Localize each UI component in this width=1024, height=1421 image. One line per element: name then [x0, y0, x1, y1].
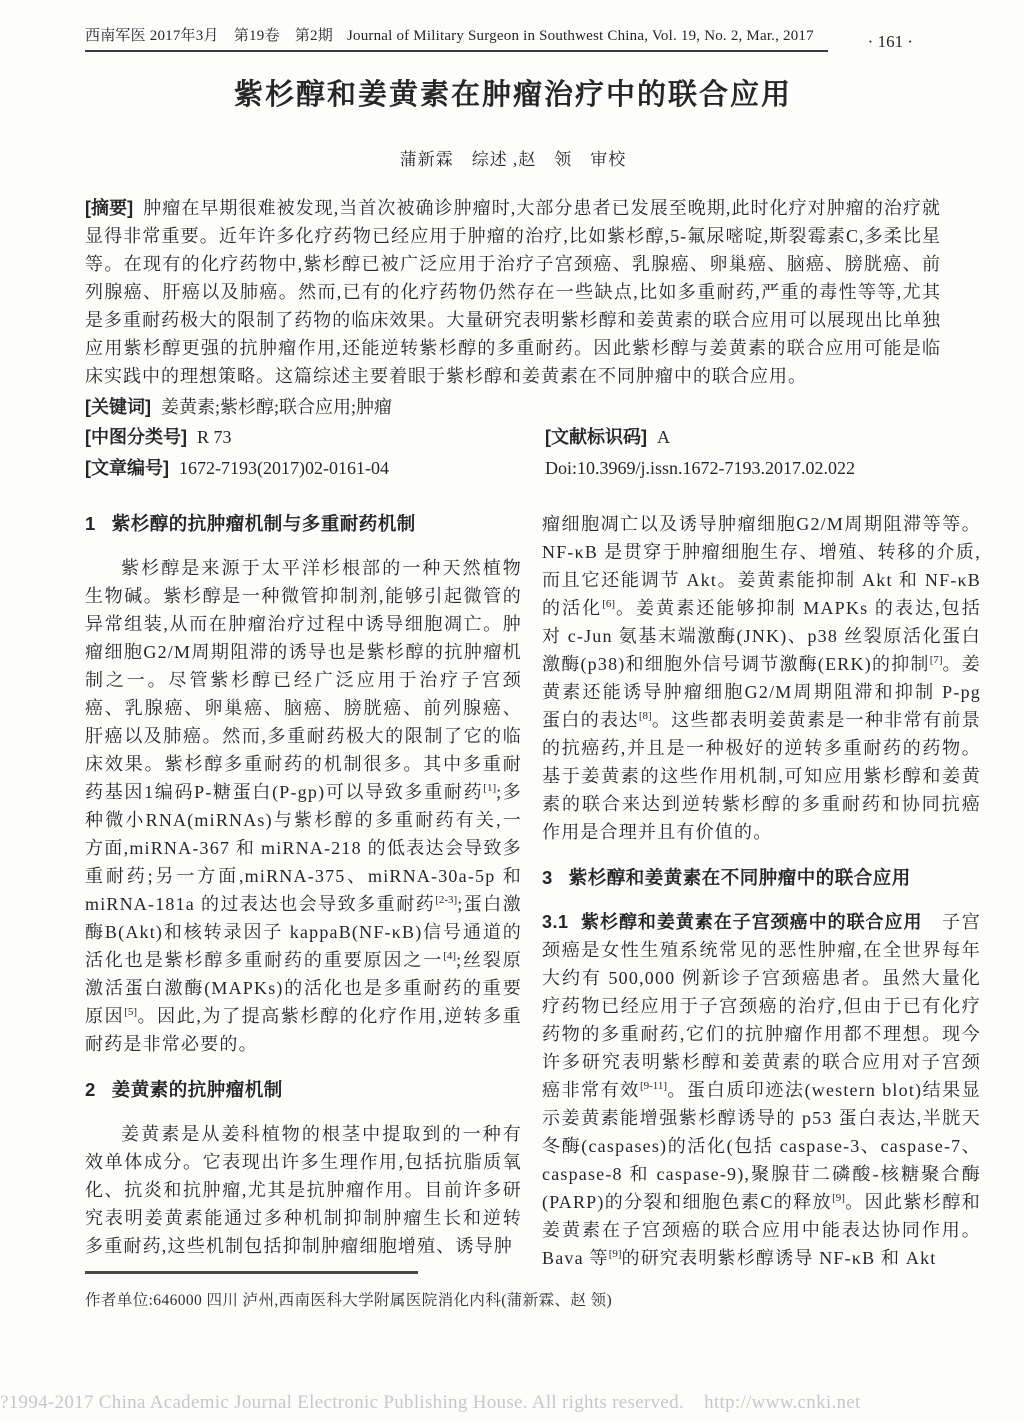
abstract-section: [摘要]肿瘤在早期很难被发现,当首次被确诊肿瘤时,大部分患者已发展至晚期,此时化… [85, 194, 941, 390]
section-2-heading: 2姜黄素的抗肿瘤机制 [85, 1076, 522, 1104]
section-2-title: 姜黄素的抗肿瘤机制 [112, 1079, 283, 1100]
section-2-paragraph: 姜黄素是从姜科植物的根茎中提取到的一种有效单体成分。它表现出许多生理作用,包括抗… [85, 1120, 522, 1260]
article-title: 紫杉醇和姜黄素在肿瘤治疗中的联合应用 [85, 72, 941, 113]
clc-label: [中图分类号] [85, 427, 187, 447]
column-left: 1紫杉醇的抗肿瘤机制与多重耐药机制 紫杉醇是来源于太平洋杉根部的一种天然植物生物… [85, 510, 522, 1272]
page-number: · 161 · [868, 32, 941, 52]
section-1-number: 1 [85, 513, 96, 534]
section-2-number: 2 [85, 1079, 96, 1100]
keywords-row: [关键词]姜黄素;紫杉醇;联合应用;肿瘤 [85, 392, 941, 422]
section-1-heading: 1紫杉醇的抗肿瘤机制与多重耐药机制 [85, 510, 522, 538]
page-header: 西南军医 2017年3月 第19卷 第2期Journal of Military… [85, 0, 941, 52]
author-affiliation: 作者单位:646000 四川 泸州,西南医科大学附属医院消化内科(蒲新霖、赵 领… [85, 1288, 612, 1310]
subsection-3-1-title: 紫杉醇和姜黄素在子宫颈癌中的联合应用 [581, 912, 923, 932]
section-2-continuation-paragraph: 瘤细胞凋亡以及诱导肿瘤细胞G2/M周期阻滞等等。NF-κB 是贯穿于肿瘤细胞生存… [542, 510, 981, 846]
doi-value: Doi:10.3969/j.issn.1672-7193.2017.02.022 [545, 458, 855, 478]
doi-cell: Doi:10.3969/j.issn.1672-7193.2017.02.022 [545, 453, 941, 484]
column-right: 瘤细胞凋亡以及诱导肿瘤细胞G2/M周期阻滞等等。NF-κB 是贯穿于肿瘤细胞生存… [542, 510, 981, 1272]
body-columns: 1紫杉醇的抗肿瘤机制与多重耐药机制 紫杉醇是来源于太平洋杉根部的一种天然植物生物… [85, 510, 941, 1272]
section-1-title: 紫杉醇的抗肿瘤机制与多重耐药机制 [112, 513, 416, 534]
page-content: 西南军医 2017年3月 第19卷 第2期Journal of Military… [85, 0, 941, 1272]
article-id-cell: [文章编号]1672-7193(2017)02-0161-04 [85, 453, 545, 484]
clc-cell: [中图分类号]R 73 [85, 422, 545, 453]
article-id-value: 1672-7193(2017)02-0161-04 [179, 458, 389, 478]
doc-code-cell: [文献标识码]A [545, 422, 941, 453]
section-1-paragraph: 紫杉醇是来源于太平洋杉根部的一种天然植物生物碱。紫杉醇是一种微管抑制剂,能够引起… [85, 554, 522, 1058]
journal-header-line: 西南军医 2017年3月 第19卷 第2期Journal of Military… [85, 24, 828, 52]
footnote-divider [85, 1271, 418, 1274]
article-id-label: [文章编号] [85, 458, 169, 478]
subsection-3-1-number: 3.1 [542, 912, 569, 932]
doc-code-label: [文献标识码] [545, 427, 647, 447]
abstract-label: [摘要] [85, 198, 133, 218]
journal-name-en: Journal of Military Surgeon in Southwest… [347, 28, 814, 44]
meta-row-1: [中图分类号]R 73 [文献标识码]A [85, 422, 941, 453]
doc-code-value: A [657, 427, 670, 447]
meta-row-2: [文章编号]1672-7193(2017)02-0161-04 Doi:10.3… [85, 453, 941, 484]
section-3-title: 紫杉醇和姜黄素在不同肿瘤中的联合应用 [569, 867, 911, 888]
keywords-label: [关键词] [85, 397, 151, 417]
clc-value: R 73 [197, 427, 232, 447]
keywords-text: 姜黄素;紫杉醇;联合应用;肿瘤 [161, 397, 392, 417]
authors-line: 蒲新霖 综述 ,赵 领 审校 [85, 145, 941, 170]
section-3-heading: 3紫杉醇和姜黄素在不同肿瘤中的联合应用 [542, 864, 981, 892]
paper-page: 西南军医 2017年3月 第19卷 第2期Journal of Military… [0, 0, 1024, 1421]
journal-name-cn: 西南军医 2017年3月 第19卷 第2期 [85, 28, 333, 44]
subsection-3-1-text: 子宫颈癌是女性生殖系统常见的恶性肿瘤,在全世界每年大约有 500,000 例新诊… [542, 912, 981, 1268]
subsection-3-1-paragraph: 3.1紫杉醇和姜黄素在子宫颈癌中的联合应用 子宫颈癌是女性生殖系统常见的恶性肿瘤… [542, 908, 981, 1272]
subsection-3-1-heading: 3.1紫杉醇和姜黄素在子宫颈癌中的联合应用 [542, 912, 922, 932]
section-3-number: 3 [542, 867, 553, 888]
cnki-watermark: ?1994-2017 China Academic Journal Electr… [0, 1392, 861, 1414]
abstract-text: 肿瘤在早期很难被发现,当首次被确诊肿瘤时,大部分患者已发展至晚期,此时化疗对肿瘤… [85, 198, 941, 386]
